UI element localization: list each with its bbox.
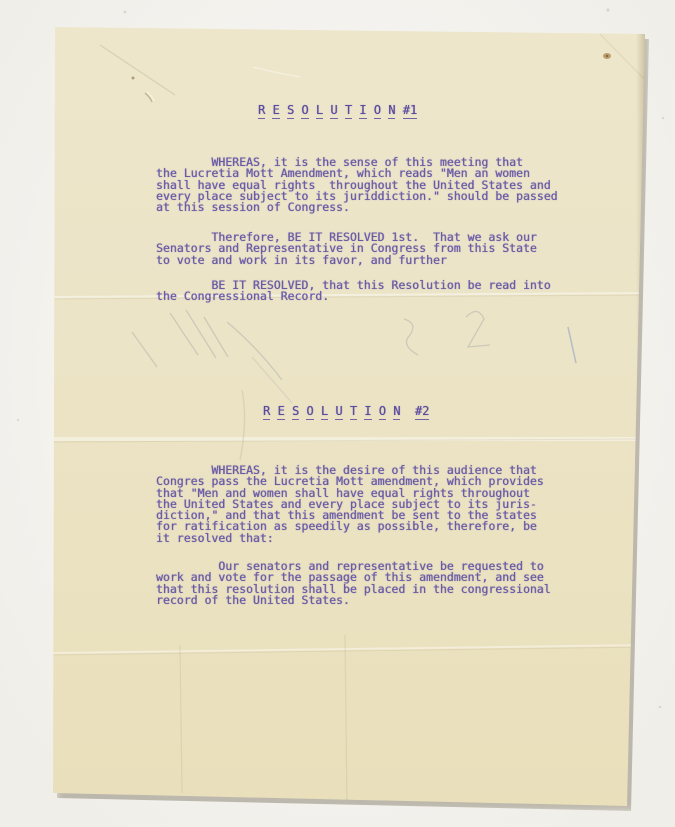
resolution-2-heading: R E S O L U T I O N #2	[263, 404, 429, 420]
vertical-crease-center	[240, 390, 245, 460]
resolution-1-heading: R E S O L U T I O N #1	[258, 103, 417, 119]
brown-stain-speck	[603, 53, 611, 59]
vertical-crease-left	[180, 645, 182, 793]
document-page: R E S O L U T I O N #1 WHEREAS, it is th…	[52, 27, 646, 807]
horizontal-fold-crease-3	[52, 645, 646, 653]
resolution-1-paragraph-be-it-resolved: BE IT RESOLVED, that this Resolution be …	[156, 280, 551, 303]
scanner-background: R E S O L U T I O N #1 WHEREAS, it is th…	[0, 0, 675, 827]
diagonal-crease-top-left	[100, 45, 175, 95]
blue-pencil-mark	[568, 327, 576, 363]
paper-dimple	[145, 93, 152, 102]
resolution-2-paragraph-our-senators: Our senators and representative be reque…	[156, 561, 551, 606]
resolution-2-paragraph-whereas: WHEREAS, it is the desire of this audien…	[156, 465, 544, 544]
wrinkle-above-heading	[253, 67, 300, 77]
small-brown-dot	[132, 77, 135, 80]
resolution-1-paragraph-therefore: Therefore, BE IT RESOLVED 1st. That we a…	[156, 232, 537, 266]
vertical-crease-right	[345, 635, 347, 806]
horizontal-fold-crease-2	[52, 437, 646, 441]
resolution-1-paragraph-whereas: WHEREAS, it is the sense of this meeting…	[156, 157, 558, 213]
pencil-scribbles	[132, 310, 490, 403]
corner-fold-top-right	[600, 34, 645, 80]
